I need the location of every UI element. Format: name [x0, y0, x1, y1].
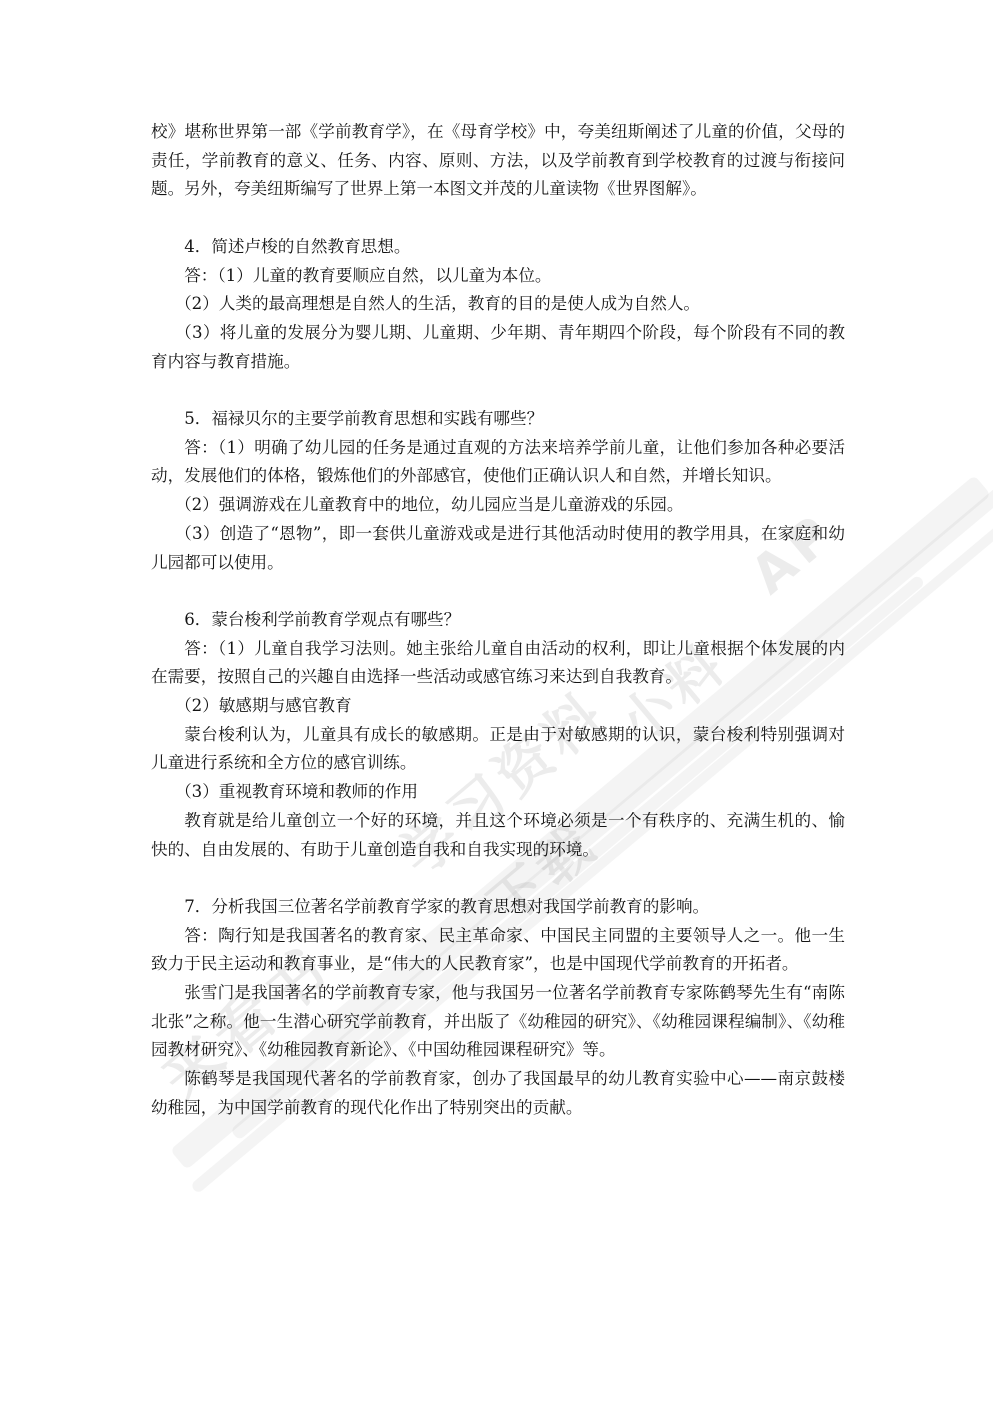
question-title: 分析我国三位著名学前教育学家的教育思想对我国学前教育的影响。: [211, 897, 709, 916]
question-title: 福禄贝尔的主要学前教育思想和实践有哪些？: [211, 409, 543, 428]
answer-line: 陈鹤琴是我国现代著名的学前教育家，创办了我国最早的幼儿教育实验中心——南京鼓楼幼…: [151, 1065, 845, 1122]
section-gap: [151, 864, 845, 893]
answer-line: （2）敏感期与感官教育: [151, 692, 845, 721]
answer-line: （2）人类的最高理想是自然人的生活，教育的目的是使人成为自然人。: [151, 290, 845, 319]
section-gap: [151, 577, 845, 606]
question-number: 5．: [184, 409, 211, 428]
answer-line: 教育就是给儿童创立一个好的环境，并且这个环境必须是一个有秩序的、充满生机的、愉快…: [151, 807, 845, 864]
question-block-6: 6．蒙台梭利学前教育学观点有哪些？ 答：（1）儿童自我学习法则。她主张给儿童自由…: [151, 606, 845, 864]
question-number: 7．: [184, 897, 211, 916]
question-heading: 4．简述卢梭的自然教育思想。: [151, 233, 845, 262]
question-number: 6．: [184, 610, 211, 629]
answer-line: （3）将儿童的发展分为婴儿期、儿童期、少年期、青年期四个阶段，每个阶段有不同的教…: [151, 319, 845, 376]
question-heading: 7．分析我国三位著名学前教育学家的教育思想对我国学前教育的影响。: [151, 893, 845, 922]
question-number: 4．: [184, 237, 211, 256]
answer-line: 答：（1）儿童自我学习法则。她主张给儿童自由活动的权利，即让儿童根据个体发展的内…: [151, 635, 845, 692]
answer-line: 答：（1）儿童的教育要顺应自然，以儿童为本位。: [151, 262, 845, 291]
question-heading: 5．福禄贝尔的主要学前教育思想和实践有哪些？: [151, 405, 845, 434]
answer-line: 答：（1）明确了幼儿园的任务是通过直观的方法来培养学前儿童，让他们参加各种必要活…: [151, 434, 845, 491]
question-block-7: 7．分析我国三位著名学前教育学家的教育思想对我国学前教育的影响。 答：陶行知是我…: [151, 893, 845, 1123]
question-heading: 6．蒙台梭利学前教育学观点有哪些？: [151, 606, 845, 635]
question-block-5: 5．福禄贝尔的主要学前教育思想和实践有哪些？ 答：（1）明确了幼儿园的任务是通过…: [151, 405, 845, 577]
section-gap: [151, 376, 845, 405]
section-gap: [151, 204, 845, 233]
answer-line: 张雪门是我国著名的学前教育专家，他与我国另一位著名学前教育专家陈鹤琴先生有“南陈…: [151, 979, 845, 1065]
answer-line: （3）创造了“恩物”，即一套供儿童游戏或是进行其他活动时使用的教学用具，在家庭和…: [151, 520, 845, 577]
answer-line: 答：陶行知是我国著名的教育家、民主革命家、中国民主同盟的主要领导人之一。他一生致…: [151, 922, 845, 979]
answer-line: （3）重视教育环境和教师的作用: [151, 778, 845, 807]
document-body: 校》堪称世界第一部《学前教育学》，在《母育学校》中，夸美纽斯阐述了儿童的价值，父…: [151, 118, 845, 1123]
question-block-4: 4．简述卢梭的自然教育思想。 答：（1）儿童的教育要顺应自然，以儿童为本位。 （…: [151, 233, 845, 377]
question-title: 蒙台梭利学前教育学观点有哪些？: [211, 610, 460, 629]
question-title: 简述卢梭的自然教育思想。: [211, 237, 410, 256]
intro-paragraph: 校》堪称世界第一部《学前教育学》，在《母育学校》中，夸美纽斯阐述了儿童的价值，父…: [151, 118, 845, 204]
answer-line: 蒙台梭利认为，儿童具有成长的敏感期。正是由于对敏感期的认识，蒙台梭利特别强调对儿…: [151, 721, 845, 778]
document-page: 来看书 学习资料 下载 小料 AP 校》堪称世界第一部《学前教育学》，在《母育学…: [0, 0, 993, 1404]
answer-line: （2）强调游戏在儿童教育中的地位，幼儿园应当是儿童游戏的乐园。: [151, 491, 845, 520]
